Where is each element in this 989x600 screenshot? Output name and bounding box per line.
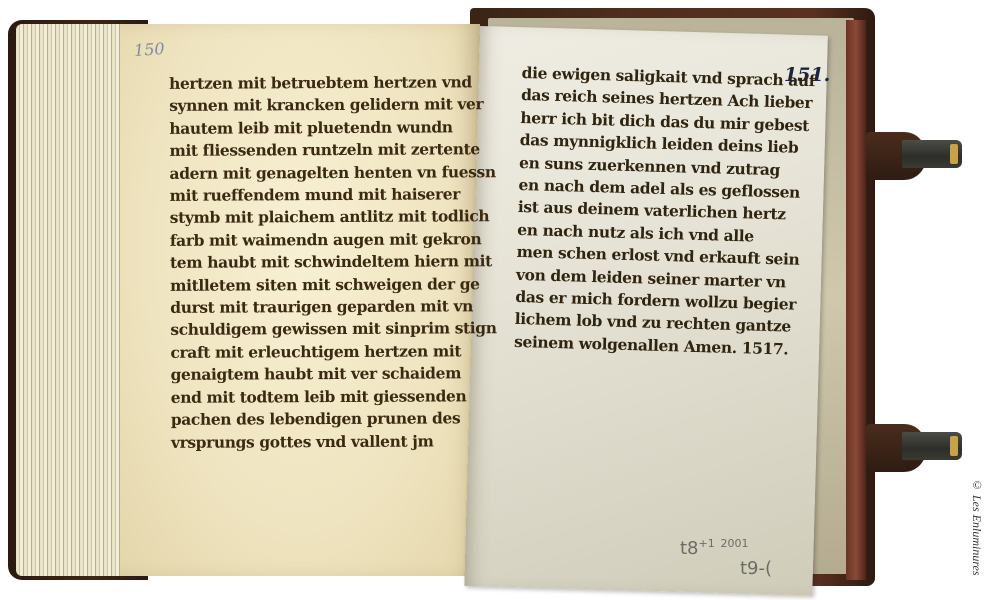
text-line: farb mit waimendn augen mit gekron — [170, 228, 496, 252]
text-line: stymb mit plaichem antlitz mit todlich — [170, 206, 496, 230]
text-line: mit rueffendem mund mit haiserer — [170, 183, 496, 207]
copyright-watermark: © Les Enluminures — [962, 478, 984, 588]
text-line: pachen des lebendigen prunen des — [171, 407, 497, 431]
folio-number-left: 150 — [133, 39, 165, 60]
text-line: adern mit genagelten henten vn fuessn — [169, 161, 495, 185]
text-line: durst mit traurigen geparden mit vn — [170, 295, 496, 319]
left-page-text: hertzen mit betruebtem hertzen vnd synne… — [169, 71, 497, 454]
text-line: end mit todtem leib mit giessenden — [171, 385, 497, 409]
text-line: tem haubt mit schwindeltem hiern mit — [170, 250, 496, 274]
text-line: mitlletem siten mit schweigen der ge — [170, 273, 496, 297]
clasp-top — [866, 128, 966, 184]
text-line: hautem leib mit pluetendn wundn — [169, 116, 495, 140]
manuscript-photo: 150 151. hertzen mit betruebtem hertzen … — [0, 0, 989, 600]
pencil-note-main: t8 — [680, 538, 699, 559]
text-line: mit fliessenden runtzeln mit zertente — [169, 138, 495, 162]
page-block-edges — [16, 24, 126, 576]
clasp-bottom — [866, 420, 966, 476]
pencil-shelfmark-note: t8+1 2001 t9-( — [680, 534, 772, 579]
right-page-text: die ewigen saligkait vnd sprach auf das … — [514, 62, 815, 361]
clasp-pin — [950, 144, 958, 164]
pencil-note-extra: 2001 — [720, 537, 748, 550]
binding-red-edge — [846, 20, 866, 580]
text-line: schuldigem gewissen mit sinprim stign — [170, 318, 496, 342]
pencil-note-sup: +1 — [699, 537, 715, 550]
pencil-note-line2: t9-( — [740, 559, 772, 579]
text-line: synnen mit krancken gelidern mit ver — [169, 94, 495, 118]
text-line: craft mit erleuchtigem hertzen mit — [170, 340, 496, 364]
text-line: vrsprungs gottes vnd vallent jm — [171, 430, 497, 454]
text-line: genaigtem haubt mit ver schaidem — [171, 362, 497, 386]
text-line: hertzen mit betruebtem hertzen vnd — [169, 71, 495, 95]
clasp-pin — [950, 436, 958, 456]
